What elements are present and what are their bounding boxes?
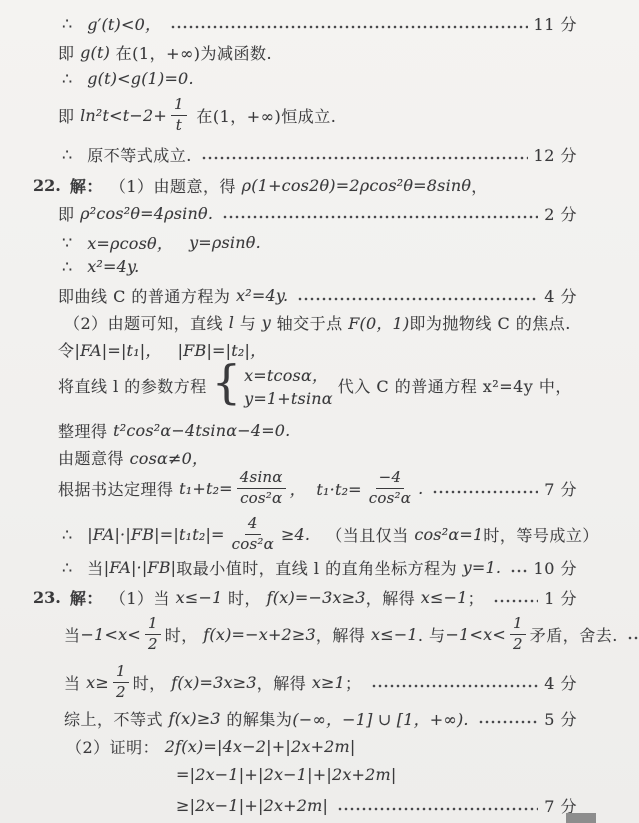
fraction-denominator: cos²α (237, 489, 285, 507)
chinese-text: （1）当 (110, 586, 176, 609)
fraction-denominator: 2 (145, 635, 161, 653)
therefore-symbol: ∴ (62, 145, 72, 164)
fraction-numerator: 4 (245, 515, 261, 534)
fraction-denominator: 2 (510, 635, 526, 653)
solution-line: ∴ 当 |FA|·|FB| 取最小值时，直线 l 的直角坐标方程为 y=1. 1… (62, 556, 577, 579)
math-text: x≥ (86, 673, 109, 692)
solution-line: ≥|2x−1|+|2x+2m| 7 分 (176, 794, 577, 817)
chinese-text: 令 (58, 338, 75, 361)
fraction: −4 cos²α (366, 469, 414, 507)
chinese-text: 原不等式成立. (87, 143, 192, 166)
math-text: x≥1 (312, 673, 345, 692)
score-label: 2 分 (544, 202, 577, 225)
dot-leader (171, 25, 527, 29)
solution-line: ∴ |FA|·|FB|=|t₁t₂|= 4 cos²α ≥4. （当且仅当 co… (62, 514, 577, 554)
chinese-text: （1）由题意，得 (110, 174, 242, 197)
chinese-text: 在(1，+∞)为减函数. (110, 41, 272, 64)
chinese-text: 的解集为 (221, 707, 293, 730)
solution-line: ∵ x=ρcosθ， y=ρsinθ. (62, 231, 577, 254)
chinese-text: 根据书达定理得 (58, 477, 179, 500)
chinese-text: 代入 C 的普通方程 x²=4y 中， (338, 374, 572, 397)
solution-line: =|2x−1|+|2x−1|+|2x+2m| (176, 765, 577, 784)
math-text: x²=4y. (236, 286, 288, 305)
math-text: x=tcosα， (244, 363, 333, 386)
therefore-symbol: ∴ (62, 525, 72, 544)
chinese-text: 即 (58, 104, 80, 127)
math-text: |FA|·|FB| (104, 558, 177, 577)
chinese-text: 取最小值时，直线 l 的直角坐标方程为 (176, 556, 462, 579)
math-text: f(x)=3x≥3 (171, 673, 256, 692)
problem-number: 22. (33, 176, 61, 195)
fraction-numerator: 1 (145, 615, 161, 634)
because-symbol: ∵ (62, 233, 72, 252)
solution-line: ∴ g′(t)<0， 11 分 (62, 12, 577, 35)
solution-label: 解： (70, 586, 103, 609)
dot-leader (298, 297, 538, 301)
chinese-text: （当且仅当 (326, 523, 414, 546)
chinese-text: ，解得 (257, 671, 312, 694)
chinese-text: 即为抛物线 C 的焦点. (409, 311, 571, 334)
math-text: cosα≠0， (130, 446, 209, 469)
math-text: f(x)≥3 (169, 709, 221, 728)
chinese-text: ，解得 (366, 586, 421, 609)
fraction: 1 2 (113, 663, 129, 701)
score-label: 5 分 (544, 707, 577, 730)
score-label: 7 分 (544, 477, 577, 500)
fraction-denominator: t (173, 116, 185, 134)
solution-line: 综上，不等式 f(x)≥3 的解集为 (−∞，−1] ∪ [1，+∞). 5 分 (64, 707, 577, 730)
therefore-symbol: ∴ (62, 69, 72, 88)
math-text: y=1+tsinα (244, 389, 333, 408)
chinese-text: 时， (133, 671, 172, 694)
chinese-text: 即 (58, 41, 80, 64)
problem-number: 23. (33, 588, 61, 607)
math-text: F(0，1) (348, 311, 409, 334)
score-label: 12 分 (534, 143, 577, 166)
solution-label: 解： (70, 174, 103, 197)
dot-leader (338, 807, 538, 811)
fraction: 4sinα cos²α (237, 469, 286, 507)
left-brace: { (212, 363, 241, 402)
math-text: |FA|·|FB|=|t₁t₂|= (87, 525, 224, 544)
math-text: ≥|2x−1|+|2x+2m| (176, 796, 328, 815)
solution-line: 即曲线 C 的普通方程为 x²=4y. 4 分 (58, 284, 577, 307)
chinese-text: 当 (64, 623, 81, 646)
solution-line: 将直线 l 的参数方程 { x=tcosα， y=1+tsinα 代入 C 的普… (58, 363, 577, 407)
equation-system: { x=tcosα， y=1+tsinα (212, 363, 333, 408)
chinese-text: . 与 (418, 623, 446, 646)
solution-line: 根据书达定理得 t₁+t₂= 4sinα cos²α ， t₁·t₂= −4 c… (58, 468, 577, 508)
solution-line: （2）证明： 2f(x)=|4x−2|+|2x+2m| (66, 735, 577, 758)
solution-line: 当 x≥ 1 2 时， f(x)=3x≥3 ，解得 x≥1 ； 4 分 (64, 660, 577, 704)
math-text: ln²t<t−2+ (80, 106, 167, 125)
chinese-text: ； (468, 586, 485, 609)
dot-leader (433, 490, 538, 494)
solution-line: 由题意得 cosα≠0， (58, 446, 577, 469)
fraction-numerator: 1 (171, 96, 187, 115)
math-text: x≤−1 (421, 588, 468, 607)
fraction: 1 2 (145, 615, 161, 653)
math-text: g(t)<g(1)=0. (87, 69, 194, 88)
fraction-denominator: 2 (113, 683, 129, 701)
dot-leader (494, 599, 538, 603)
chinese-text: 即 (58, 202, 80, 225)
score-label: 1 分 (544, 586, 577, 609)
math-text: −1<x< (446, 625, 506, 644)
solution-line: 即 g(t) 在(1，+∞)为减函数. (58, 41, 577, 64)
therefore-symbol: ∴ (62, 14, 72, 33)
solution-line: （2）由题可知，直线 l 与 y 轴交于点 F(0，1) 即为抛物线 C 的焦点… (64, 311, 577, 334)
math-text: t₁+t₂= (179, 479, 233, 498)
score-label: 10 分 (534, 556, 577, 579)
math-text: y=1. (463, 558, 502, 577)
math-text: x≤−1 (371, 625, 418, 644)
math-text: cos²α=1 (414, 525, 483, 544)
chinese-text: 由题意得 (58, 446, 130, 469)
math-text: g(t) (80, 43, 110, 62)
scanned-answer-page: ∴ g′(t)<0， 11 分 即 g(t) 在(1，+∞)为减函数. ∴ g(… (0, 0, 639, 823)
chinese-text: 在(1，+∞)恒成立. (191, 104, 337, 127)
solution-line: ∴ x²=4y. (62, 257, 577, 276)
math-text: (−∞，−1] ∪ [1，+∞). (292, 707, 468, 730)
dot-leader (372, 684, 539, 688)
math-text: ≥4. (281, 525, 310, 544)
dot-leader (479, 720, 539, 724)
solution-line: 即 ln²t<t−2+ 1 t 在(1，+∞)恒成立. (58, 96, 577, 134)
fraction: 4 cos²α (229, 515, 277, 553)
score-label: 4 分 (544, 284, 577, 307)
fraction-numerator: 1 (113, 663, 129, 682)
math-text: y=ρsinθ. (189, 233, 261, 252)
dot-leader (511, 569, 527, 573)
chinese-text: 与 (234, 311, 262, 334)
chinese-text: 即曲线 C 的普通方程为 (58, 284, 236, 307)
math-text: −1<x< (81, 625, 141, 644)
fraction-denominator: cos²α (229, 535, 277, 553)
chinese-text: ； (345, 671, 362, 694)
score-label: 11 分 (534, 12, 577, 35)
solution-line: 即 ρ²cos²θ=4ρsinθ. 2 分 (58, 202, 577, 225)
chinese-text: 当 (64, 671, 86, 694)
math-text: ρ²cos²θ=4ρsinθ. (80, 204, 213, 223)
math-text: . (418, 479, 423, 498)
math-text: x²=4y. (87, 257, 139, 276)
chinese-text: （2）由题可知，直线 (64, 311, 229, 334)
chinese-text: 矛盾，舍去. (530, 623, 618, 646)
chinese-text: ，解得 (316, 623, 371, 646)
therefore-symbol: ∴ (62, 257, 72, 276)
solution-line: 令 |FA|=|t₁|， |FB|=|t₂|， (58, 338, 577, 361)
solution-line: 当 −1<x< 1 2 时， f(x)=−x+2≥3 ，解得 x≤−1 . 与 … (64, 612, 577, 656)
math-text: ， t₁·t₂= (290, 477, 362, 500)
math-text: =|2x−1|+|2x−1|+|2x+2m| (176, 765, 397, 784)
chinese-text: 时， (165, 623, 204, 646)
math-text: f(x)=−x+2≥3 (203, 625, 316, 644)
fraction-numerator: −4 (376, 469, 405, 488)
chinese-text: 时，等号成立） (483, 523, 599, 546)
math-text: |FA|=|t₁|， (75, 338, 162, 361)
scrollbar-thumb[interactable] (566, 813, 596, 823)
fraction-numerator: 4sinα (237, 469, 286, 488)
math-text: y (262, 313, 271, 332)
chinese-text: 综上，不等式 (64, 707, 169, 730)
chinese-text: 当 (87, 556, 104, 579)
solution-line: ∴ 原不等式成立. 12 分 (62, 143, 577, 166)
chinese-text: （2）证明： (66, 735, 165, 758)
therefore-symbol: ∴ (62, 558, 72, 577)
math-text: t²cos²α−4tsinα−4=0. (113, 421, 290, 440)
fraction: 1 2 (510, 615, 526, 653)
math-text: g′(t)<0， (87, 12, 161, 35)
problem-22-header: 22. 解： （1）由题意，得 ρ(1+cos2θ)=2ρcos²θ=8sinθ… (33, 174, 577, 197)
chinese-text: 轴交于点 (271, 311, 348, 334)
dot-leader (223, 215, 538, 219)
dot-leader (202, 156, 528, 160)
math-text: f(x)=−3x≥3 (267, 588, 366, 607)
fraction: 1 t (171, 96, 187, 134)
chinese-text: 时， (222, 586, 266, 609)
score-label: 4 分 (544, 671, 577, 694)
solution-line: 整理得 t²cos²α−4tsinα−4=0. (58, 419, 577, 442)
fraction-numerator: 1 (510, 615, 526, 634)
fraction-denominator: cos²α (366, 489, 414, 507)
dot-leader (628, 636, 638, 640)
chinese-text: 整理得 (58, 419, 113, 442)
math-text: ρ(1+cos2θ)=2ρcos²θ=8sinθ (242, 176, 472, 195)
math-text: x≤−1 (176, 588, 223, 607)
chinese-text: ， (471, 174, 488, 197)
chinese-text: 将直线 l 的参数方程 (58, 374, 207, 397)
problem-23-header: 23. 解： （1）当 x≤−1 时， f(x)=−3x≥3 ，解得 x≤−1 … (33, 586, 577, 609)
math-text: 2f(x)=|4x−2|+|2x+2m| (165, 737, 356, 756)
solution-line: ∴ g(t)<g(1)=0. (62, 69, 577, 88)
math-text: x=ρcosθ， (87, 231, 173, 254)
